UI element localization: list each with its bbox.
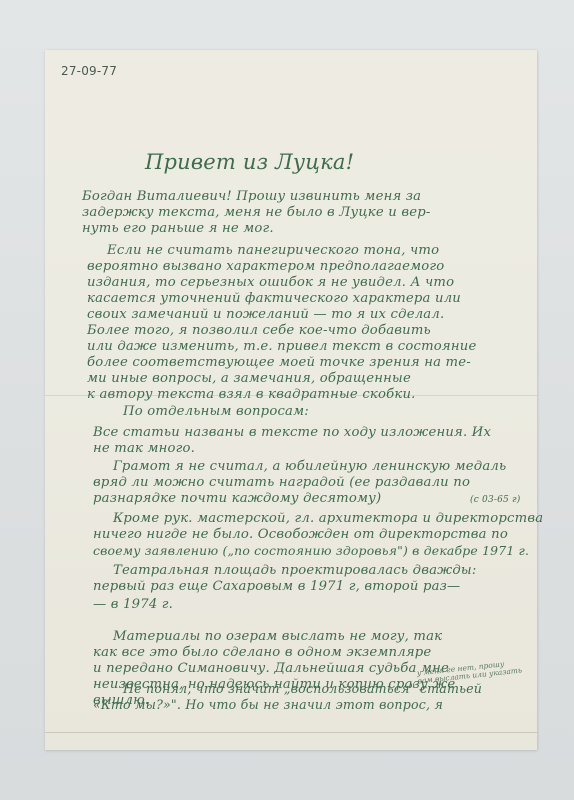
bottom-fold-crease (45, 732, 537, 733)
letter-line: как все это было сделано в одном экземпл… (93, 644, 431, 661)
letter-line: касается уточнений фактического характер… (87, 290, 461, 307)
letter-line: к автору текста взял в квадратные скобки… (87, 386, 416, 403)
letter-line: задержку текста, меня не было в Луцке и … (82, 204, 431, 221)
letter-line: своему заявлению („по состоянию здоровья… (93, 542, 529, 559)
letter-line: и передано Симановичу. Дальнейшая судьба… (93, 660, 449, 677)
letter-line: Более того, я позволил себе кое-что доба… (87, 322, 431, 339)
letter-line: или даже изменить, т.е. привел текст в с… (87, 338, 476, 355)
letter-line: ми иные вопросы, а замечания, обращенные (87, 370, 411, 387)
year-annotation: (с 03-65 г) (470, 492, 520, 509)
section-heading: По отдельным вопросам: (123, 403, 309, 420)
letter-line: Не понял, что значит „воспользоваться" с… (123, 680, 482, 697)
letter-line: разнарядке почти каждому десятому) (93, 490, 381, 507)
letter-line: Все статьи названы в тексте по ходу изло… (93, 424, 491, 441)
letter-line: Если не считать панегирического тона, чт… (107, 242, 439, 259)
letter-line: своих замечаний и пожеланий — то я их сд… (87, 306, 444, 323)
letter-date: 27-09-77 (61, 64, 117, 78)
letter-line: — в 1974 г. (93, 596, 173, 613)
letter-line: Богдан Виталиевич! Прошу извинить меня з… (82, 188, 421, 205)
letter-line: издания, то серьезных ошибок я не увидел… (87, 274, 454, 291)
letter-line: нуть его раньше я не мог. (82, 220, 274, 237)
letter-line: Театральная площадь проектировалась дваж… (113, 562, 476, 579)
letter-line: Кроме рук. мастерской, гл. архитектора и… (113, 510, 543, 527)
letter-line: вряд ли можно считать наградой (ее разда… (93, 474, 470, 491)
letter-line: «Кто мы?»". Но что бы не значил этот воп… (93, 696, 443, 713)
letter-greeting: Привет из Луцка! (145, 150, 354, 174)
letter-line: вероятно вызвано характером предполагаем… (87, 258, 444, 275)
letter-line: ничего нигде не было. Освобожден от дире… (93, 526, 508, 543)
letter-line: более соответствующее моей точке зрения … (87, 354, 471, 371)
letter-line: первый раз еще Сахаровым в 1971 г, второ… (93, 578, 460, 595)
letter-line: Грамот я не считал, а юбилейную ленинску… (113, 458, 506, 475)
letter-line: Материалы по озерам выслать не могу, так (113, 628, 442, 645)
letter-sheet: 27-09-77 Привет из Луцка! Богдан Виталие… (45, 50, 537, 750)
letter-line: не так много. (93, 440, 195, 457)
